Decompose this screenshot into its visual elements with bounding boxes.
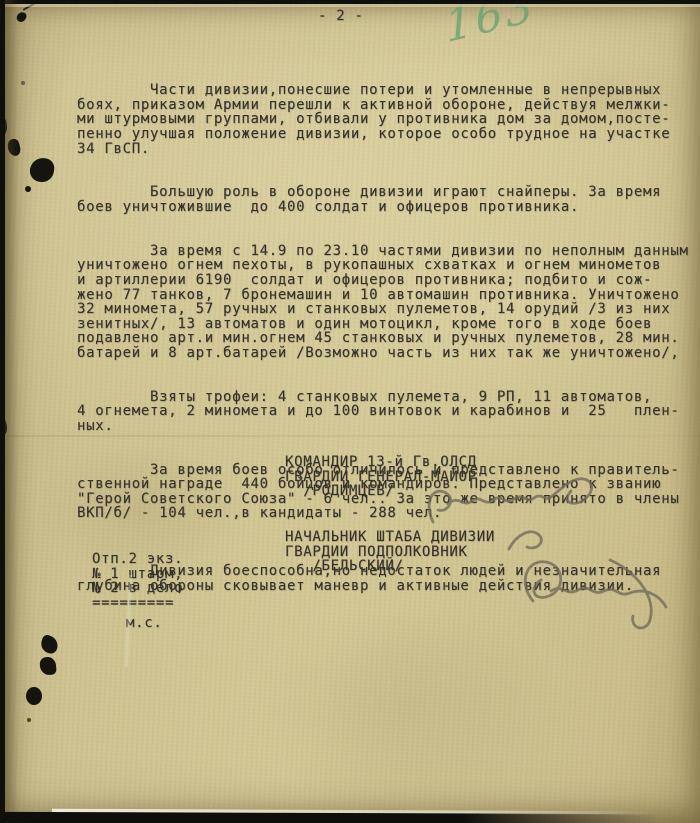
signature-block-chief-of-staff: НАЧАЛЬНИК ШТАБА ДИВИЗИИ ГВАРДИИ ПОДПОЛКО…: [285, 530, 495, 574]
ink-blot: [26, 687, 42, 705]
page-number: - 2 -: [318, 9, 364, 24]
signature-block-commander: КОМАНДИР 13-й Гв.ОЛСД ГВАРДИИ ГЕНЕРАЛ-МА…: [285, 455, 477, 499]
ink-blot: [25, 186, 31, 192]
ink-blot: [21, 81, 25, 85]
scan-edge-bottom: [0, 812, 660, 823]
paragraph-4: Взяты трофеи: 4 станковых пулемета, 9 РП…: [77, 390, 700, 434]
paragraph-2: Большую роль в обороне дивизии играют сн…: [77, 185, 700, 214]
copy-distribution-note: Отп.2 экз. № 1 штарм, № 2 в дело =======…: [92, 552, 183, 610]
paragraph-1: Части дивизии,понесшие потери и утомленн…: [77, 83, 700, 156]
document-scan: - 2 - 163 Части дивизии,понесшие потери …: [0, 0, 700, 823]
paper-edge-shadow: [5, 0, 18, 823]
ink-blot: [27, 718, 31, 722]
paper-crease: [0, 435, 700, 437]
typist-initials: м.с.: [126, 616, 163, 631]
paragraph-3: За время с 14.9 по 23.10 частями дивизии…: [77, 244, 700, 361]
paper-edge-highlight: [0, 4, 700, 7]
